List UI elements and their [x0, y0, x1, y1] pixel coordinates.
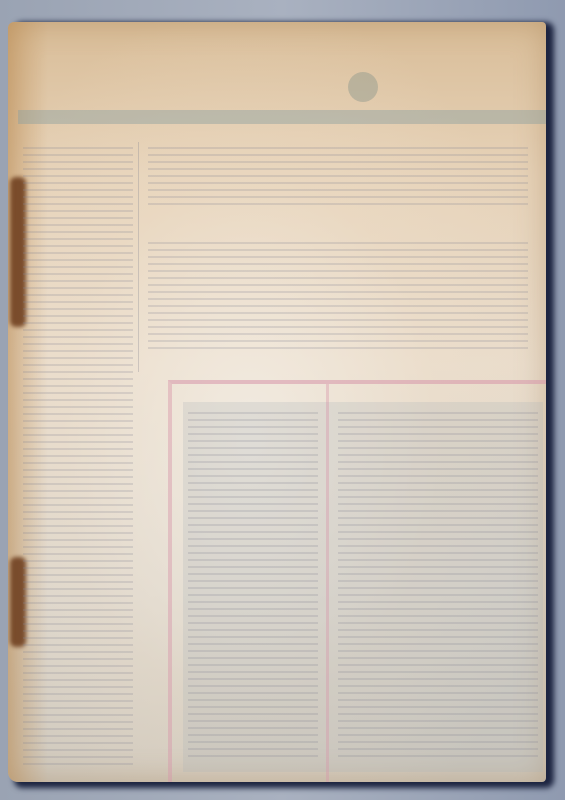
column-divider: [138, 142, 139, 372]
paper-sheet: [8, 22, 546, 782]
circular-stamp-showthrough: [348, 72, 378, 102]
text-block-showthrough: [148, 147, 528, 207]
pink-divider-showthrough: [326, 384, 329, 782]
text-block-showthrough: [148, 242, 528, 352]
text-column-showthrough: [23, 147, 133, 767]
text-block-showthrough: [188, 412, 318, 762]
text-block-showthrough: [338, 412, 538, 762]
horizontal-rule-showthrough: [18, 110, 546, 124]
